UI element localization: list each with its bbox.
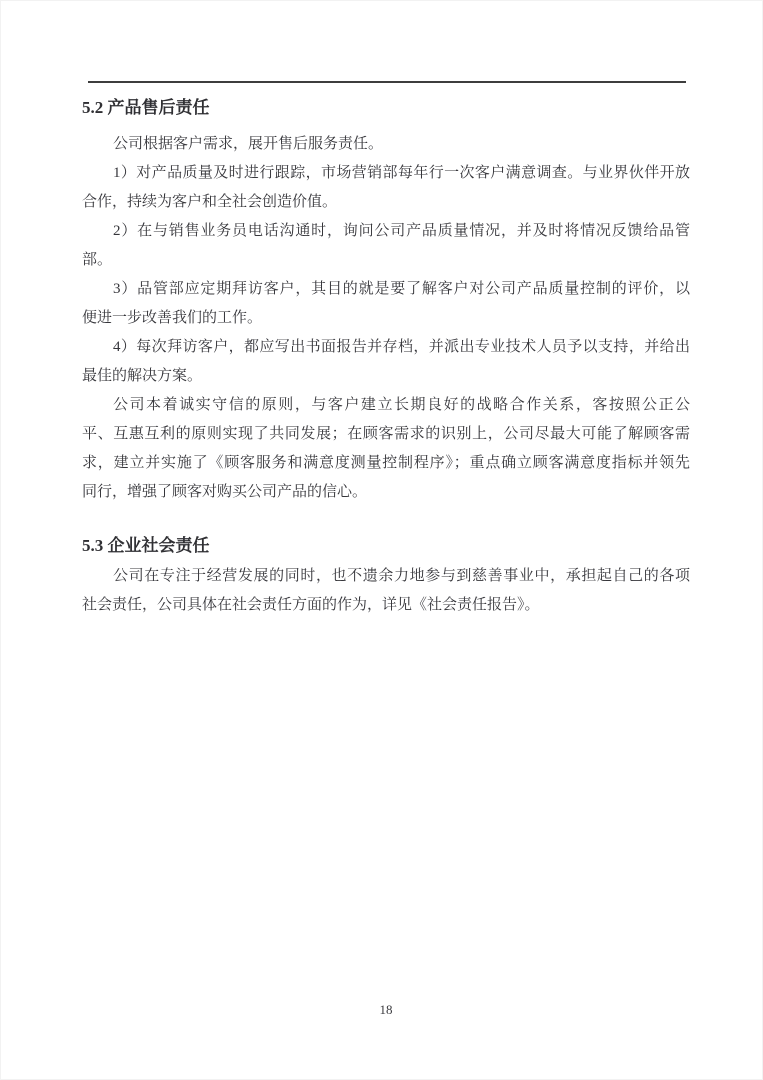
body-line: 公司本着诚实守信的原则，与客户建立长期良好的战略合作关系，客按照公正公 <box>82 391 690 420</box>
body-line: 公司在专注于经营发展的同时，也不遗余力地参与到慈善事业中，承担起自己的各项 <box>82 562 690 591</box>
header-rule <box>88 81 686 83</box>
body-line: 1）对产品质量及时进行跟踪，市场营销部每年行一次客户满意调查。与业界伙伴开放 <box>82 159 690 188</box>
body-line: 最佳的解决方案。 <box>82 362 690 391</box>
paragraph: 公司根据客户需求，展开售后服务责任。 <box>82 130 690 159</box>
body-line: 4）每次拜访客户，都应写出书面报告并存档，并派出专业技术人员予以支持，并给出 <box>82 333 690 362</box>
paragraph: 1）对产品质量及时进行跟踪，市场营销部每年行一次客户满意调查。与业界伙伴开放合作… <box>82 159 690 217</box>
body-line: 2）在与销售业务员电话沟通时，询问公司产品质量情况，并及时将情况反馈给品管 <box>82 217 690 246</box>
body-line: 同行，增强了顾客对购买公司产品的信心。 <box>82 478 690 507</box>
document-content: 5.2 产品售后责任公司根据客户需求，展开售后服务责任。1）对产品质量及时进行跟… <box>82 93 690 620</box>
body-line: 求，建立并实施了《顾客服务和满意度测量控制程序》；重点确立顾客满意度指标并领先 <box>82 449 690 478</box>
paragraph: 公司本着诚实守信的原则，与客户建立长期良好的战略合作关系，客按照公正公平、互惠互… <box>82 391 690 507</box>
section-heading: 5.2 产品售后责任 <box>82 93 690 122</box>
body-line: 公司根据客户需求，展开售后服务责任。 <box>82 130 690 159</box>
section-heading: 5.3 企业社会责任 <box>82 531 690 560</box>
paragraph: 4）每次拜访客户，都应写出书面报告并存档，并派出专业技术人员予以支持，并给出最佳… <box>82 333 690 391</box>
body-line: 平、互惠互利的原则实现了共同发展；在顾客需求的识别上，公司尽最大可能了解顾客需 <box>82 420 690 449</box>
body-line: 便进一步改善我们的工作。 <box>82 304 690 333</box>
body-line: 部。 <box>82 246 690 275</box>
body-line: 3）品管部应定期拜访客户，其目的就是要了解客户对公司产品质量控制的评价，以 <box>82 275 690 304</box>
paragraph: 公司在专注于经营发展的同时，也不遗余力地参与到慈善事业中，承担起自己的各项社会责… <box>82 562 690 620</box>
body-line: 合作，持续为客户和全社会创造价值。 <box>82 188 690 217</box>
page-number: 18 <box>82 1000 690 1020</box>
paragraph: 3）品管部应定期拜访客户，其目的就是要了解客户对公司产品质量控制的评价，以便进一… <box>82 275 690 333</box>
paragraph: 2）在与销售业务员电话沟通时，询问公司产品质量情况，并及时将情况反馈给品管部。 <box>82 217 690 275</box>
document-page: 5.2 产品售后责任公司根据客户需求，展开售后服务责任。1）对产品质量及时进行跟… <box>0 0 763 1080</box>
body-line: 社会责任，公司具体在社会责任方面的作为，详见《社会责任报告》。 <box>82 591 690 620</box>
